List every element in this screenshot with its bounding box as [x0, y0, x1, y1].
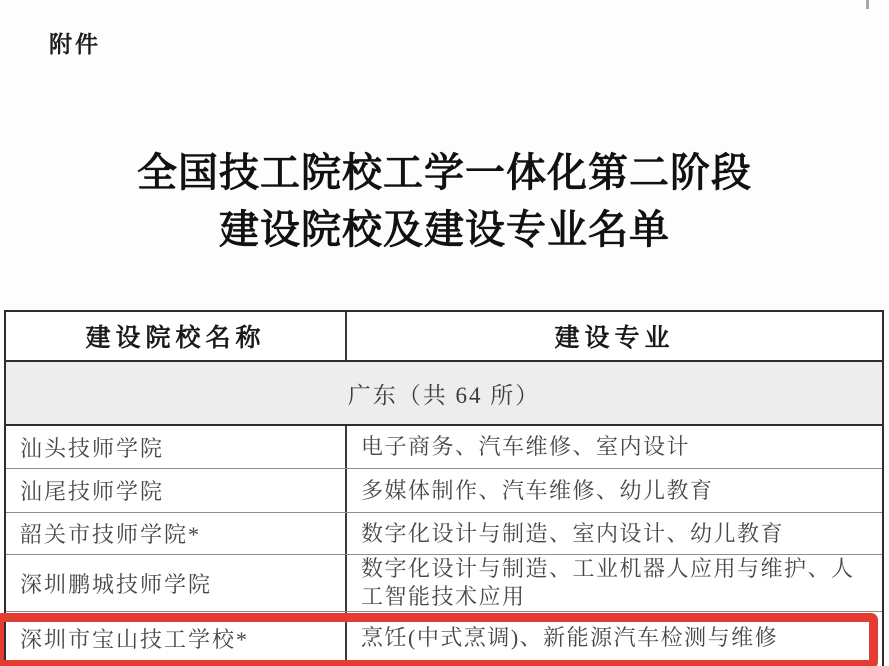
majors-list: 电子商务、汽车维修、室内设计: [347, 426, 882, 468]
document-title-line2: 建设院校及建设专业名单: [0, 201, 889, 258]
school-name: 深圳鹏城技师学院: [6, 555, 347, 611]
table-row-highlighted: 深圳市宝山技工学校* 烹饪(中式烹调)、新能源汽车检测与维修: [6, 612, 882, 664]
school-name: 汕头技师学院: [6, 426, 347, 468]
table-row: 韶关市技师学院* 数字化设计与制造、室内设计、幼儿教育: [6, 513, 882, 555]
scan-artifact-tick: [866, 0, 869, 9]
attachment-label: 附件: [49, 26, 101, 59]
majors-list: 数字化设计与制造、工业机器人应用与维护、人工智能技术应用: [347, 555, 882, 611]
document-title: 全国技工院校工学一体化第二阶段 建设院校及建设专业名单: [0, 144, 889, 258]
region-row-guangdong: 广东（共 64 所）: [6, 362, 882, 426]
majors-list: 多媒体制作、汽车维修、幼儿教育: [347, 469, 882, 512]
colleges-table: 建设院校名称 建设专业 广东（共 64 所） 汕头技师学院 电子商务、汽车维修、…: [4, 310, 884, 666]
school-name: 汕尾技师学院: [6, 469, 347, 512]
table-row: 汕尾技师学院 多媒体制作、汽车维修、幼儿教育: [6, 469, 882, 513]
majors-list: 烹饪(中式烹调)、新能源汽车检测与维修: [347, 612, 882, 664]
school-name: 深圳市宝山技工学校*: [6, 612, 347, 664]
table-header-row: 建设院校名称 建设专业: [6, 312, 882, 362]
majors-list: 数字化设计与制造、室内设计、幼儿教育: [347, 513, 882, 554]
table-row: 汕头技师学院 电子商务、汽车维修、室内设计: [6, 426, 882, 469]
school-name: 韶关市技师学院*: [6, 513, 347, 554]
table-row: 深圳鹏城技师学院 数字化设计与制造、工业机器人应用与维护、人工智能技术应用: [6, 555, 882, 612]
document-title-line1: 全国技工院校工学一体化第二阶段: [0, 144, 889, 201]
column-header-school: 建设院校名称: [6, 312, 347, 360]
document-page: 附件 全国技工院校工学一体化第二阶段 建设院校及建设专业名单 建设院校名称 建设…: [0, 0, 889, 666]
column-header-majors: 建设专业: [347, 312, 882, 360]
